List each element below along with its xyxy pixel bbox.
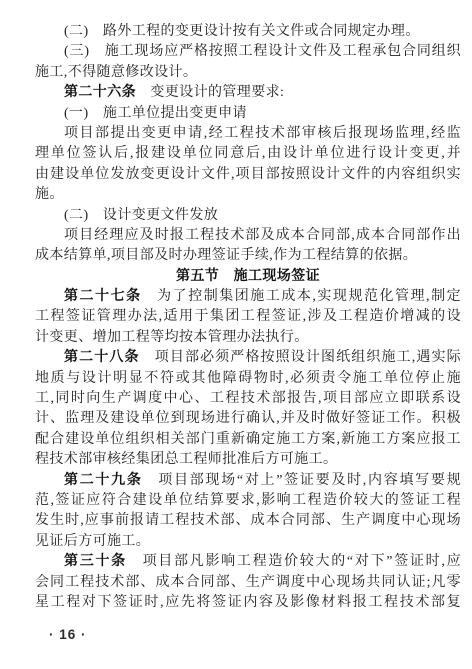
- line-text: 工,同时向生产调度中心、工程技术部报告,项目部应立即联系设: [35, 391, 461, 406]
- text-line: 工程签证管理办法,适用于集团工程签证,涉及工程造价增减的设: [35, 307, 461, 327]
- text-line: 施工,不得随意修改设计。: [35, 63, 461, 83]
- section-heading: 第五节 施工现场签证: [35, 267, 461, 287]
- text-line: 第二十六条 变更设计的管理要求:: [35, 83, 461, 103]
- text-line: (二) 路外工程的变更设计按有关文件或合同规定办理。: [35, 22, 461, 42]
- line-text: 项目部提出变更申请,经工程技术部审核后报现场监理,经监: [64, 126, 461, 141]
- text-line: 成本结算单,项目部及时办理签证手续,作为工程结算的依据。: [35, 246, 461, 266]
- text-line: 程技术部审核经集团总工程师批准后方可施工。: [35, 450, 461, 470]
- text-line: 配合建设单位组织相关部门重新确定施工方案,新施工方案应报工: [35, 430, 461, 450]
- line-text: 变更设计的管理要求:: [136, 85, 284, 100]
- line-text: 理单位签认后,报建设单位同意后,由设计单位进行设计变更,并: [35, 146, 461, 161]
- line-text: (二) 路外工程的变更设计按有关文件或合同规定办理。: [64, 24, 420, 39]
- line-text: 施工,不得随意修改设计。: [35, 65, 197, 80]
- text-line: 由建设单位发放变更设计文件,项目部按照设计文件的内容组织实: [35, 165, 461, 185]
- text-line: 计、监理及建设单位到现场进行确认,并及时做好签证工作。积极: [35, 409, 461, 429]
- text-line: 理单位签认后,报建设单位同意后,由设计单位进行设计变更,并: [35, 144, 461, 164]
- text-line: 范,签证应符合建设单位结算要求,影响工程造价较大的签证工程: [35, 491, 461, 511]
- line-text: (三) 施工现场应严格按照工程设计文件及工程承包合同组织: [64, 44, 461, 59]
- text-line: 第二十七条 为了控制集团施工成本,实现规范化管理,制定: [35, 287, 461, 307]
- line-text: 项目经理应及时报工程技术部及成本合同部,成本合同部作出: [64, 228, 461, 243]
- text-line: 项目经理应及时报工程技术部及成本合同部,成本合同部作出: [35, 226, 461, 246]
- line-text: 项目部凡影响工程造价较大的“对下”签证时,应: [127, 554, 461, 569]
- line-text: 地质与设计明显不符或其他障碍物时,必须责令施工单位停止施: [35, 371, 461, 386]
- line-text: 配合建设单位组织相关部门重新确定施工方案,新施工方案应报工: [35, 432, 461, 447]
- line-text: 工程签证管理办法,适用于集团工程签证,涉及工程造价增减的设: [35, 309, 461, 324]
- clause-number: 第三十条: [64, 554, 127, 569]
- page-number: · 16 ·: [49, 627, 87, 642]
- line-text: (一) 施工单位提出变更申请: [64, 106, 247, 121]
- clause-number: 第二十七条: [64, 289, 142, 304]
- line-text: 项目部必须严格按照设计图纸组织施工,遇实际: [140, 350, 461, 365]
- line-text: 项目部现场“对上”签证要及时,内容填写要规: [143, 473, 461, 488]
- line-text: 成本结算单,项目部及时办理签证手续,作为工程结算的依据。: [35, 248, 417, 263]
- line-text: 计、监理及建设单位到现场进行确认,并及时做好签证工作。积极: [35, 411, 461, 426]
- line-text: 星工程对下签证时,应先将签证内容及影像材料报工程技术部复: [35, 595, 461, 610]
- document-body: (二) 路外工程的变更设计按有关文件或合同规定办理。(三) 施工现场应严格按照工…: [35, 22, 461, 613]
- text-line: 星工程对下签证时,应先将签证内容及影像材料报工程技术部复: [35, 593, 461, 613]
- line-text: 发生时,应事前报请工程技术部、成本合同部、生产调度中心现场: [35, 513, 461, 528]
- line-text: (二) 设计变更文件发放: [64, 208, 218, 223]
- text-line: 工,同时向生产调度中心、工程技术部报告,项目部应立即联系设: [35, 389, 461, 409]
- text-line: 第二十八条 项目部必须严格按照设计图纸组织施工,遇实际: [35, 348, 461, 368]
- clause-number: 第二十九条: [64, 473, 143, 488]
- clause-number: 第二十六条: [64, 85, 136, 100]
- text-line: 计变更、增加工程等均按本管理办法执行。: [35, 328, 461, 348]
- line-text: 施。: [35, 187, 64, 202]
- text-line: 见证后方可施工。: [35, 532, 461, 552]
- text-line: 项目部提出变更申请,经工程技术部审核后报现场监理,经监: [35, 124, 461, 144]
- line-text: 为了控制集团施工成本,实现规范化管理,制定: [142, 289, 461, 304]
- line-text: 第五节 施工现场签证: [176, 269, 320, 284]
- text-line: 发生时,应事前报请工程技术部、成本合同部、生产调度中心现场: [35, 511, 461, 531]
- line-text: 由建设单位发放变更设计文件,项目部按照设计文件的内容组织实: [35, 167, 461, 182]
- text-line: 施。: [35, 185, 461, 205]
- text-line: (一) 施工单位提出变更申请: [35, 104, 461, 124]
- line-text: 会同工程技术部、成本合同部、生产调度中心现场共同认证;凡零: [35, 575, 461, 590]
- document-page: (二) 路外工程的变更设计按有关文件或合同规定办理。(三) 施工现场应严格按照工…: [0, 0, 472, 669]
- line-text: 计变更、增加工程等均按本管理办法执行。: [35, 330, 309, 345]
- line-text: 程技术部审核经集团总工程师批准后方可施工。: [35, 452, 337, 467]
- line-text: 范,签证应符合建设单位结算要求,影响工程造价较大的签证工程: [35, 493, 461, 508]
- text-line: (三) 施工现场应严格按照工程设计文件及工程承包合同组织: [35, 42, 461, 62]
- text-line: 第三十条 项目部凡影响工程造价较大的“对下”签证时,应: [35, 552, 461, 572]
- text-line: 会同工程技术部、成本合同部、生产调度中心现场共同认证;凡零: [35, 573, 461, 593]
- text-line: 第二十九条 项目部现场“对上”签证要及时,内容填写要规: [35, 471, 461, 491]
- clause-number: 第二十八条: [64, 350, 140, 365]
- line-text: 见证后方可施工。: [35, 534, 150, 549]
- text-line: (二) 设计变更文件发放: [35, 206, 461, 226]
- text-line: 地质与设计明显不符或其他障碍物时,必须责令施工单位停止施: [35, 369, 461, 389]
